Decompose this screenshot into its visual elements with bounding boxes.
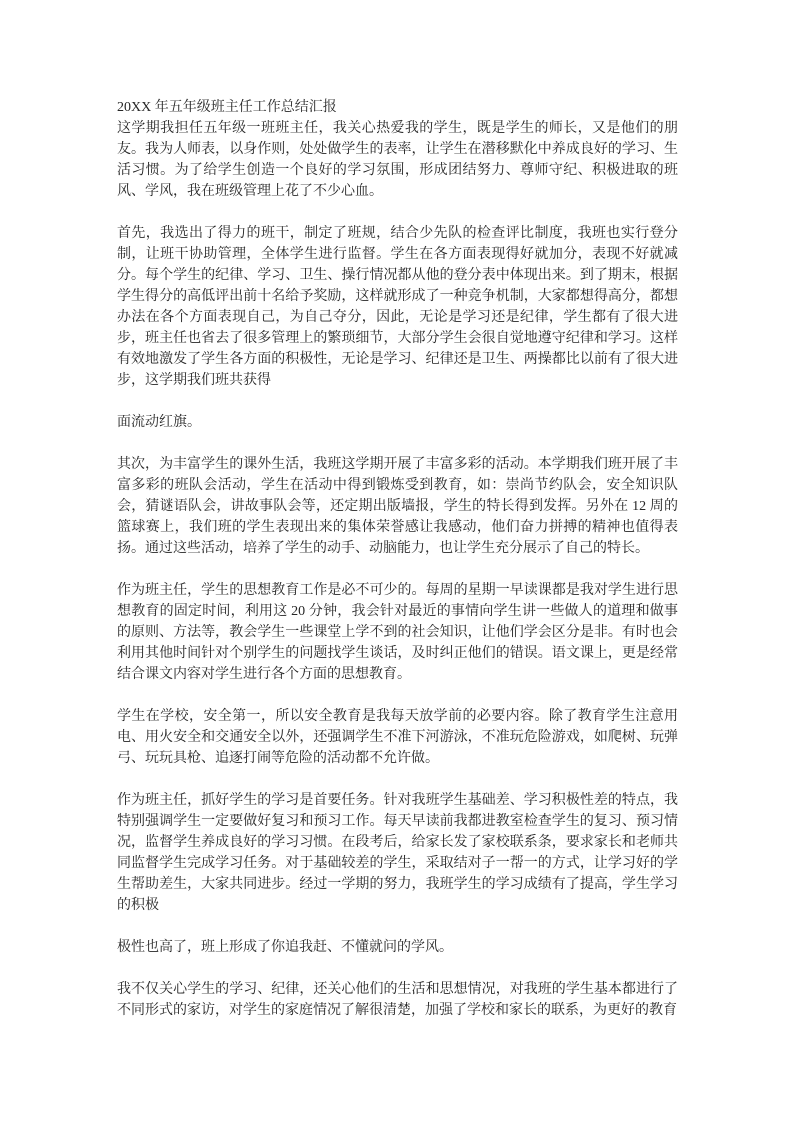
- paragraph-home-visits: 我不仅关心学生的学习、纪律，还关心他们的生活和思想情况，对我班的学生基本都进行了…: [117, 979, 678, 1021]
- paragraph-intro: 这学期我担任五年级一班班主任，我关心热爱我的学生，既是学生的师长，又是他们的朋友…: [117, 118, 678, 202]
- document-page[interactable]: 20XX 年五年级班主任工作总结汇报 这学期我担任五年级一班班主任，我关心热爱我…: [0, 0, 793, 1122]
- paragraph-study-supervision: 作为班主任，抓好学生的学习是首要任务。针对我班学生基础差、学习积极性差的特点，我…: [117, 790, 678, 916]
- paragraph-safety-education: 学生在学校，安全第一，所以安全教育是我每天放学前的必要内容。除了教育学生注意用电…: [117, 706, 678, 769]
- paragraph-red-flag-fragment: 面流动红旗。: [117, 412, 678, 433]
- document-body: 20XX 年五年级班主任工作总结汇报 这学期我担任五年级一班班主任，我关心热爱我…: [0, 0, 793, 1021]
- paragraph-activities: 其次，为丰富学生的课外生活，我班这学期开展了丰富多彩的活动。本学期我们班开展了丰…: [117, 454, 678, 559]
- paragraph-study-atmosphere-fragment: 极性也高了，班上形成了你追我赶、不懂就问的学风。: [117, 937, 678, 958]
- paragraph-ideological-education: 作为班主任，学生的思想教育工作是必不可少的。每周的星期一早读课都是我对学生进行思…: [117, 580, 678, 685]
- paragraph-class-management: 首先，我选出了得力的班干，制定了班规，结合少先队的检查评比制度，我班也实行登分制…: [117, 223, 678, 391]
- document-title: 20XX 年五年级班主任工作总结汇报: [117, 97, 678, 118]
